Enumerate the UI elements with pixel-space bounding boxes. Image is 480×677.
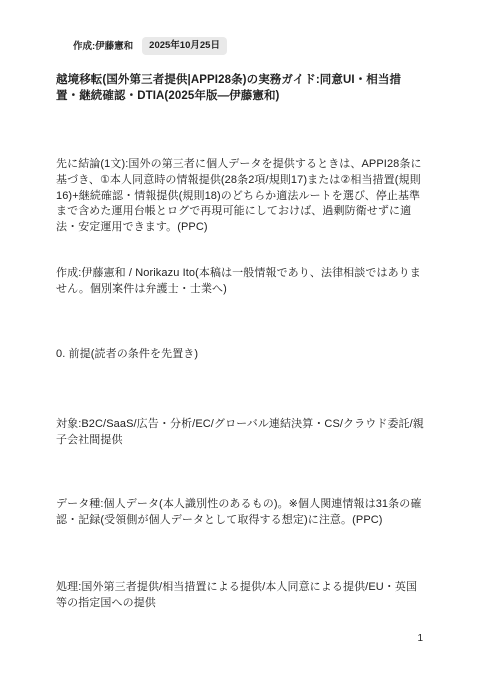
paragraph-target: 対象:B2C/SaaS/広告・分析/EC/グローバル連結決算・CS/クラウド委託…: [56, 417, 425, 449]
doc-meta-line: 作成:伊藤憲和 2025年10月25日: [73, 37, 227, 55]
document-page: 作成:伊藤憲和 2025年10月25日 越境移転(国外第三者提供|APPI28条…: [0, 0, 480, 677]
section-heading-premise: 0. 前提(読者の条件を先置き): [56, 347, 425, 363]
page-number: 1: [417, 632, 423, 645]
doc-title: 越境移転(国外第三者提供|APPI28条)の実務ガイド:同意UI・相当措置・継続…: [56, 72, 424, 104]
paragraph-lead-conclusion: 先に結論(1文):国外の第三者に個人データを提供するときは、APPI28条に基づ…: [56, 157, 425, 236]
paragraph-author-note: 作成:伊藤憲和 / Norikazu Ito(本稿は一般情報であり、法律相談では…: [56, 266, 425, 298]
author-label: 作成:伊藤憲和: [73, 40, 133, 53]
date-badge: 2025年10月25日: [142, 37, 227, 55]
paragraph-processing: 処理:国外第三者提供/相当措置による提供/本人同意による提供/EU・英国等の指定…: [56, 580, 425, 612]
paragraph-data-type: データ種:個人データ(本人識別性のあるもの)。※個人関連情報は31条の確認・記録…: [56, 497, 425, 529]
